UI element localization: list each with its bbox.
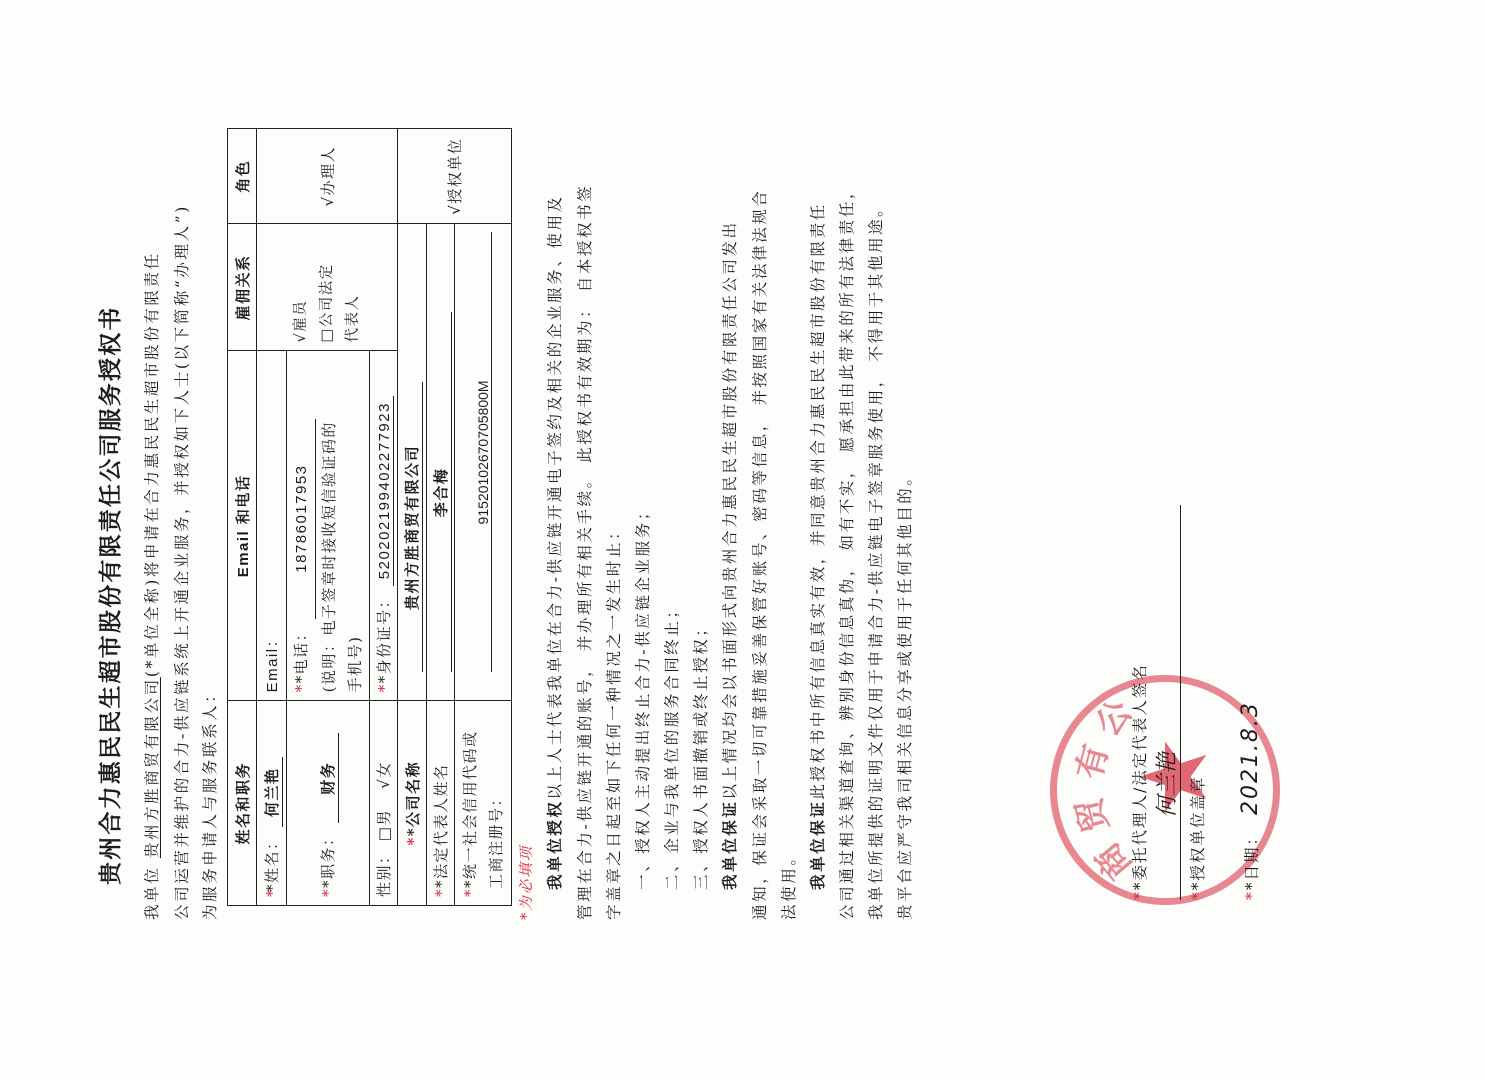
table-row: **统一社会信用代码或 工商注册号： 91520102670705800M xyxy=(455,129,512,906)
position-value[interactable]: 财务 xyxy=(317,733,339,823)
phone-note: (说明：电子签章时接收短信验证码的 xyxy=(316,359,342,692)
date-row: **日期： 2021.8.3 xyxy=(1238,701,1263,900)
authorization-document: 贵州合力惠民民生超市股份有限责任公司服务授权书 我单位 贵州方胜商贸有限公司(*… xyxy=(0,0,1485,1080)
agent-label: *委托代理人/法定代表人签名 xyxy=(1131,663,1149,890)
phone-value[interactable]: 18786017953 xyxy=(289,419,316,619)
role-authorizer[interactable]: √授权单位 xyxy=(446,138,464,215)
required-note: *为必填项 xyxy=(515,845,536,920)
legal-rep-value[interactable]: 李合梅 xyxy=(430,312,452,672)
credit-label-cont: 工商注册号： xyxy=(483,709,509,897)
credit-value-cell: 91520102670705800M xyxy=(455,224,512,701)
intro-prefix: 我单位 xyxy=(143,866,161,920)
p2-text: 以上情况均会以书面形式向贵州合力惠民民生超市股份有限责任公司发出 xyxy=(721,220,739,799)
id-cell: **身份证号： 520202199402277923 xyxy=(370,351,398,701)
paragraph-1-line-3: 字盖章之日起至如下任何一种情况之一发生时止： xyxy=(602,522,624,920)
role-authorizer-cell: √授权单位 xyxy=(398,129,512,224)
id-label: *身份证号： xyxy=(375,592,393,684)
p3-bold: 我单位保证 xyxy=(808,799,827,890)
signature-line xyxy=(1180,505,1181,900)
header-employment: 雇佣关系 xyxy=(228,224,257,351)
date-value: 2021.8.3 xyxy=(1238,701,1263,815)
gender-female-checkbox[interactable]: √女 xyxy=(375,761,393,789)
intro-line-3: 为服务申请人与服务联系人： xyxy=(198,685,220,920)
agent-signature-label: **委托代理人/法定代表人签名 xyxy=(1128,663,1150,900)
legal-rep-label: *法定代表人姓名 xyxy=(432,763,450,888)
p3-text: 此授权书中所有信息真实有效，并同意贵州合力惠民民生超市股份有限责任 xyxy=(809,202,827,799)
phone-cell: **电话： 18786017953 (说明：电子签章时接收短信验证码的 手机号) xyxy=(287,351,370,701)
paragraph-1-line-2: 管理在合力-供应链开通的账号， 并办理所有相关手续。 此授权书有效期为： 自本授… xyxy=(573,184,595,920)
paragraph-1-line-1: 我单位授权以上人士代表我单位在合力-供应链开通电子签约及相关的企业服务、使用及 xyxy=(543,194,565,890)
seal-label: *授权单位盖章 xyxy=(1189,775,1207,890)
header-name-position: 姓名和职务 xyxy=(228,701,257,906)
intro-line-1: 我单位 贵州方胜商贸有限公司(*单位全称)将申请在合力惠民民生超市股份有限责任 xyxy=(140,251,162,920)
credit-value[interactable]: 91520102670705800M xyxy=(475,232,492,672)
table-header-row: 姓名和职务 Email 和电话 雇佣关系 角色 xyxy=(228,129,257,906)
paragraph-3-line-2: 公司通过相关渠道查询、辨别身份信息真伪， 如有不实， 愿承担由此带来的所有法律责… xyxy=(835,181,857,920)
agent-signature: 何兰艳 xyxy=(1150,752,1181,818)
paragraph-3-line-3: 我单位所提供的证明文件仅用于申请合力-供应链电子签章服务使用， 不得用于其他用途… xyxy=(864,199,886,920)
paragraph-2-line-2: 通知，保证会采取一切可靠措施妥善保管好账号、密码等信息， 并按照国家有关法律法规… xyxy=(748,188,770,920)
company-value[interactable]: 贵州方胜商贸有限公司 xyxy=(401,382,423,672)
condition-3: 三、授权人书面撤销或终止授权； xyxy=(689,618,711,890)
company-name-filled: 贵州方胜商贸有限公司 xyxy=(143,677,161,858)
condition-2: 二、企业与我单位的服务合同终止； xyxy=(660,600,682,890)
intro-line-2: 公司运营并维护的合力-供应链系统上开通企业服务，并授权如下人士(以下简称“办理人… xyxy=(170,204,192,920)
header-role: 角色 xyxy=(228,129,257,224)
name-label: *姓名： xyxy=(263,833,281,892)
date-label: *日期： xyxy=(1243,828,1261,890)
legal-rep-value-cell: 李合梅 xyxy=(427,224,455,701)
role-agent[interactable]: √办理人 xyxy=(319,146,337,207)
company-value-cell: 贵州方胜商贸有限公司 xyxy=(398,224,427,701)
company-label-cell: **公司名称 xyxy=(398,701,427,906)
employment-legal-rep-cont: 代表人 xyxy=(340,232,366,342)
gender-cell: 性别： □男 √女 xyxy=(370,701,398,906)
table-row: **公司名称 贵州方胜商贸有限公司 √授权单位 xyxy=(398,129,427,906)
paragraph-2-line-3: 法使用。 xyxy=(777,848,799,920)
p1-text: 以上人士代表我单位在合力-供应链开通电子签约及相关的企业服务、使用及 xyxy=(546,194,564,799)
role-agent-cell: √办理人 xyxy=(257,129,398,224)
gender-male-checkbox[interactable]: □男 xyxy=(375,809,393,841)
p1-bold: 我单位授权 xyxy=(545,799,564,890)
phone-label: *电话： xyxy=(292,625,310,684)
phone-note-cont: 手机号) xyxy=(342,359,368,692)
company-label: *公司名称 xyxy=(404,761,422,836)
paragraph-3-line-1: 我单位保证此授权书中所有信息真实有效，并同意贵州合力惠民民生超市股份有限责任 xyxy=(806,202,828,890)
employment-cell: √雇员 □公司法定 代表人 xyxy=(257,224,398,351)
gender-label: 性别： xyxy=(375,847,393,897)
credit-label-cell: **统一社会信用代码或 工商注册号： xyxy=(455,701,512,906)
employment-legal-rep[interactable]: □公司法定 xyxy=(314,232,340,342)
employment-employee[interactable]: √雇员 xyxy=(288,232,314,342)
id-value[interactable]: 520202199402277923 xyxy=(376,396,394,586)
table-row: **姓名： 何兰艳 Email： √雇员 □公司法定 代表人 √办理人 xyxy=(257,129,287,906)
seal-label-row: **授权单位盖章 xyxy=(1186,775,1208,900)
email-cell: Email： xyxy=(257,351,287,701)
credit-label: *统一社会信用代码或 xyxy=(461,730,479,888)
table-row: **法定代表人姓名 李合梅 xyxy=(427,129,455,906)
name-cell: **姓名： 何兰艳 xyxy=(257,701,287,906)
paragraph-3-line-4: 贵平台应严守我司相关信息分享或使用于任何其他目的。 xyxy=(893,467,915,920)
applicant-table: 姓名和职务 Email 和电话 雇佣关系 角色 **姓名： 何兰艳 Email：… xyxy=(227,128,512,906)
legal-rep-label-cell: **法定代表人姓名 xyxy=(427,701,455,906)
p2-bold: 我单位保证 xyxy=(720,799,739,890)
paragraph-2-line-1: 我单位保证以上情况均会以书面形式向贵州合力惠民民生超市股份有限责任公司发出 xyxy=(718,220,740,890)
intro-suffix: (*单位全称)将申请在合力惠民民生超市股份有限责任 xyxy=(143,251,161,677)
document-title: 贵州合力惠民民生超市股份有限责任公司服务授权书 xyxy=(92,305,125,885)
name-value[interactable]: 何兰艳 xyxy=(261,757,283,827)
header-email-phone: Email 和电话 xyxy=(228,351,257,701)
position-label: *职务： xyxy=(319,829,337,888)
condition-1: 一、授权人主动提出终止合力-供应链企业服务； xyxy=(631,502,653,890)
position-cell: **职务： 财务 xyxy=(287,701,370,906)
email-label: Email： xyxy=(264,631,281,693)
